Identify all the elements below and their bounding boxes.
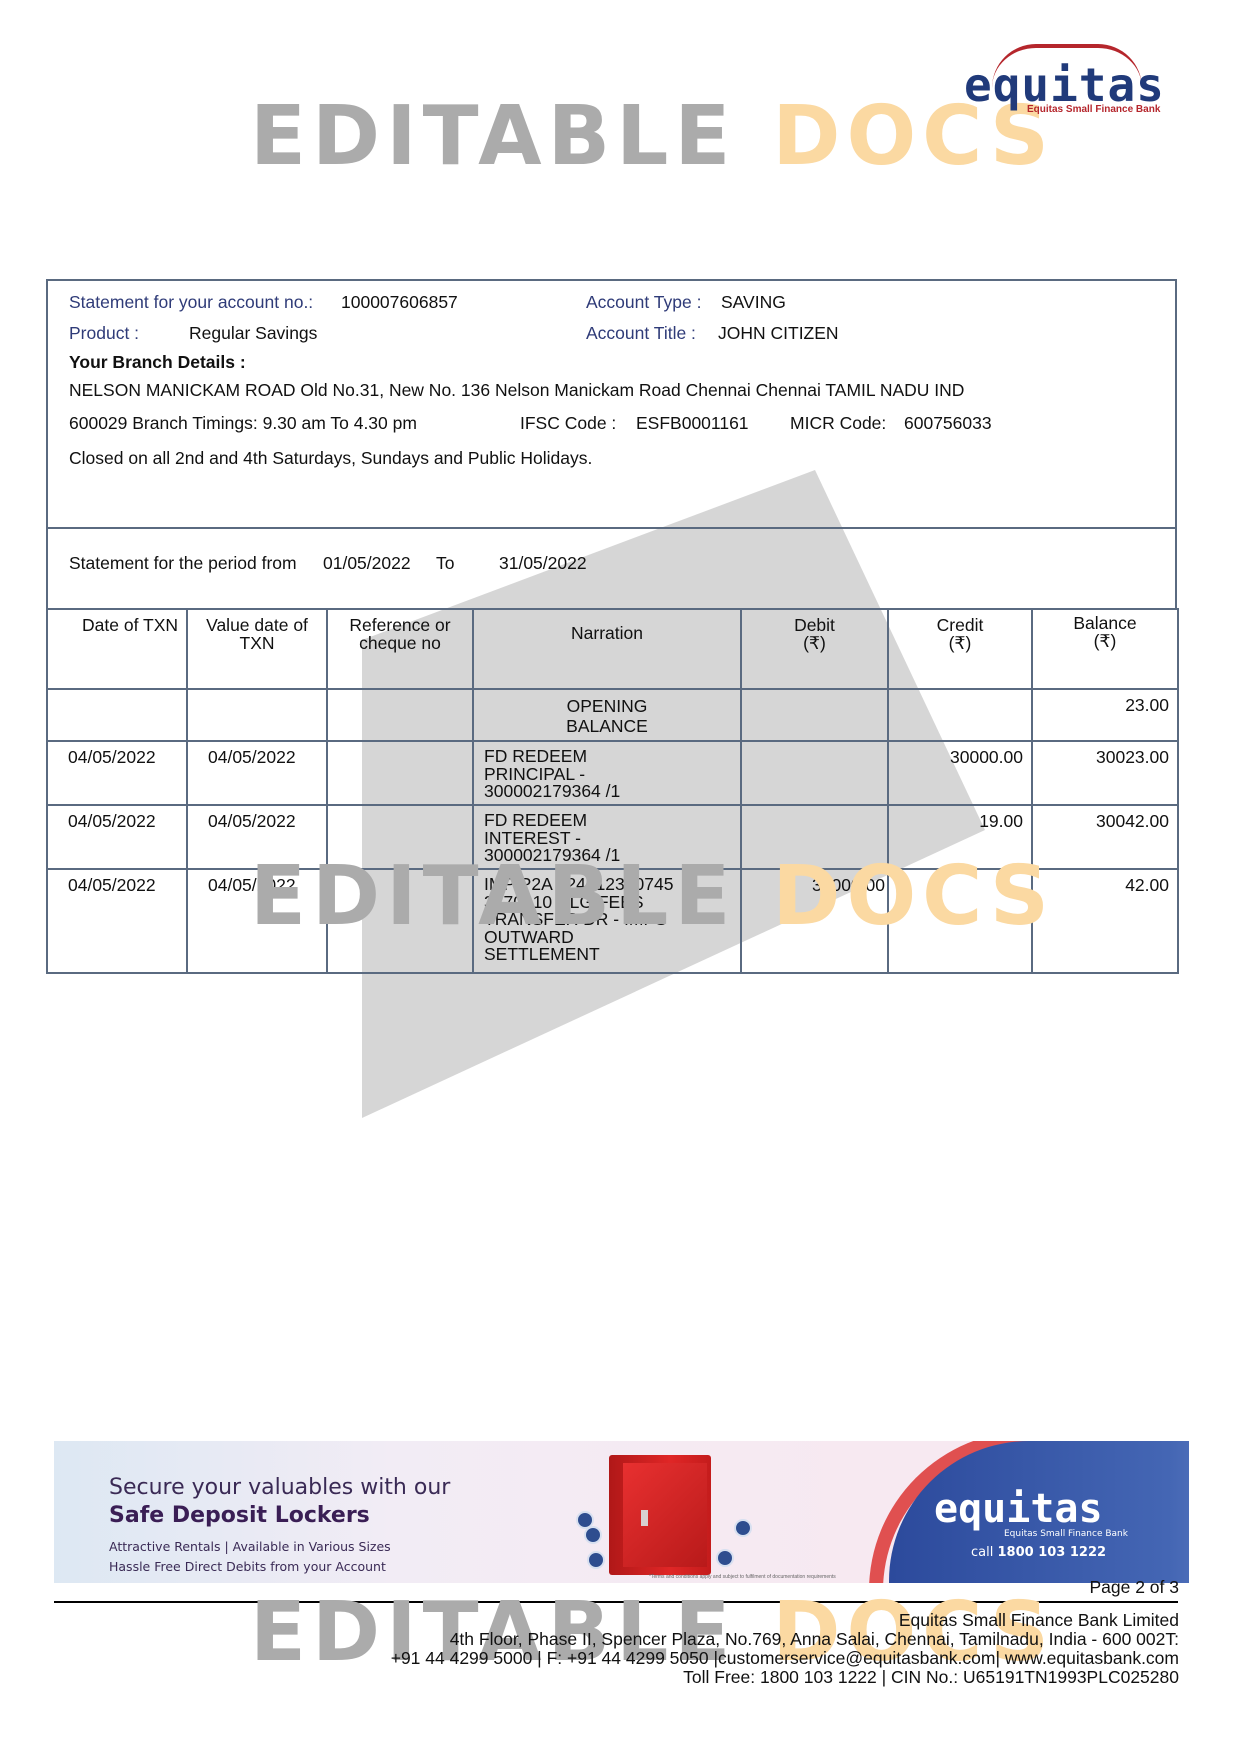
header-balance: Balance(₹) xyxy=(1032,609,1178,689)
narration-line: OPENING xyxy=(474,696,740,716)
banner-feature-2: Hassle Free Direct Debits from your Acco… xyxy=(109,1559,386,1574)
header-value-date: Value date ofTXN xyxy=(187,609,327,689)
cell-date xyxy=(47,689,187,741)
locker-door xyxy=(623,1463,707,1567)
closed-note: Closed on all 2nd and 4th Saturdays, Sun… xyxy=(69,448,592,469)
cell-date: 04/05/2022 xyxy=(47,869,187,973)
banner-fine-print: *Terms and conditions apply and subject … xyxy=(649,1574,836,1580)
ifsc-label: IFSC Code : xyxy=(520,413,616,434)
product-label: Product : xyxy=(69,323,139,344)
page-number: Page 2 of 3 xyxy=(1089,1578,1179,1597)
narration-line: SETTLEMENT xyxy=(484,946,740,964)
cell-reference xyxy=(327,689,473,741)
cell-credit: 30000.00 xyxy=(888,741,1032,805)
watermark-part1: EDITABLE xyxy=(250,849,736,944)
account-no: 100007606857 xyxy=(341,292,458,313)
coin-icon xyxy=(587,1551,605,1569)
account-no-label: Statement for your account no.: xyxy=(69,292,313,313)
narration-line: BALANCE xyxy=(474,716,740,736)
header-credit: Credit(₹) xyxy=(888,609,1032,689)
branch-address: NELSON MANICKAM ROAD Old No.31, New No. … xyxy=(69,380,964,401)
header-narration: Narration xyxy=(473,609,741,689)
safe-deposit-lockers-banner[interactable]: Secure your valuables with our Safe Depo… xyxy=(54,1441,1189,1583)
cell-credit xyxy=(888,689,1032,741)
header-debit: Debit(₹) xyxy=(741,609,888,689)
banner-title: Safe Deposit Lockers xyxy=(109,1503,370,1528)
footer-contact: +91 44 4299 5000 | F: +91 44 4299 5050 |… xyxy=(391,1649,1179,1668)
table-header-row: Date of TXN Value date ofTXN Reference o… xyxy=(47,609,1178,689)
cell-value-date xyxy=(187,689,327,741)
watermark-part2: DOCS xyxy=(772,849,1055,944)
header-reference: Reference orcheque no xyxy=(327,609,473,689)
watermark-part1: EDITABLE xyxy=(250,89,736,184)
footer-company: Equitas Small Finance Bank Limited xyxy=(899,1611,1179,1630)
table-row: 04/05/202204/05/2022FD REDEEMPRINCIPAL -… xyxy=(47,741,1178,805)
coin-icon xyxy=(716,1549,734,1567)
period-to-label: To xyxy=(436,553,454,574)
cell-value-date: 04/05/2022 xyxy=(187,741,327,805)
cell-reference xyxy=(327,741,473,805)
account-type-label: Account Type : xyxy=(586,292,701,313)
cell-balance: 30023.00 xyxy=(1032,741,1178,805)
logo-tagline: Equitas Small Finance Bank xyxy=(1027,104,1160,115)
cell-narration: FD REDEEMPRINCIPAL -300002179364 /1 xyxy=(473,741,741,805)
micr-code: 600756033 xyxy=(904,413,992,434)
footer-address: 4th Floor, Phase II, Spencer Plaza, No.7… xyxy=(450,1630,1179,1649)
cell-date: 04/05/2022 xyxy=(47,741,187,805)
banner-headline: Secure your valuables with our xyxy=(109,1475,450,1500)
account-type: SAVING xyxy=(721,292,786,313)
cell-date: 04/05/2022 xyxy=(47,805,187,869)
cell-debit xyxy=(741,689,888,741)
table-row: OPENINGBALANCE23.00 xyxy=(47,689,1178,741)
coin-icon xyxy=(584,1526,602,1544)
micr-label: MICR Code: xyxy=(790,413,886,434)
banner-brand-logo: equitas xyxy=(934,1486,1103,1532)
cell-balance: 23.00 xyxy=(1032,689,1178,741)
banner-brand-tagline: Equitas Small Finance Bank xyxy=(1004,1529,1128,1539)
banner-feature-1: Attractive Rentals | Available in Variou… xyxy=(109,1539,391,1554)
narration-line: FD REDEEM xyxy=(484,748,740,766)
equitas-logo: equitas Equitas Small Finance Bank xyxy=(962,40,1172,120)
account-title: JOHN CITIZEN xyxy=(718,323,839,344)
cell-debit xyxy=(741,741,888,805)
watermark-text: EDITABLEDOCS xyxy=(250,96,1055,178)
period-to: 31/05/2022 xyxy=(499,553,587,574)
period-label: Statement for the period from xyxy=(69,553,297,574)
ifsc-code: ESFB0001161 xyxy=(636,413,749,434)
branch-heading: Your Branch Details : xyxy=(69,352,246,373)
header-date: Date of TXN xyxy=(47,609,187,689)
coin-icon xyxy=(734,1519,752,1537)
watermark-text-table: EDITABLEDOCS xyxy=(250,856,1055,938)
footer-tollfree: Toll Free: 1800 103 1222 | CIN No.: U651… xyxy=(683,1668,1179,1687)
account-title-label: Account Title : xyxy=(586,323,696,344)
narration-line: 300002179364 /1 xyxy=(484,783,740,801)
branch-timings: 600029 Branch Timings: 9.30 am To 4.30 p… xyxy=(69,413,417,434)
locker-handle xyxy=(641,1510,648,1526)
product: Regular Savings xyxy=(189,323,317,344)
period-from: 01/05/2022 xyxy=(323,553,411,574)
cell-narration: OPENINGBALANCE xyxy=(473,689,741,741)
account-info-box xyxy=(46,279,1177,527)
narration-line: FD REDEEM xyxy=(484,812,740,830)
locker-icon xyxy=(609,1455,711,1575)
banner-call: call 1800 103 1222 xyxy=(971,1545,1106,1560)
